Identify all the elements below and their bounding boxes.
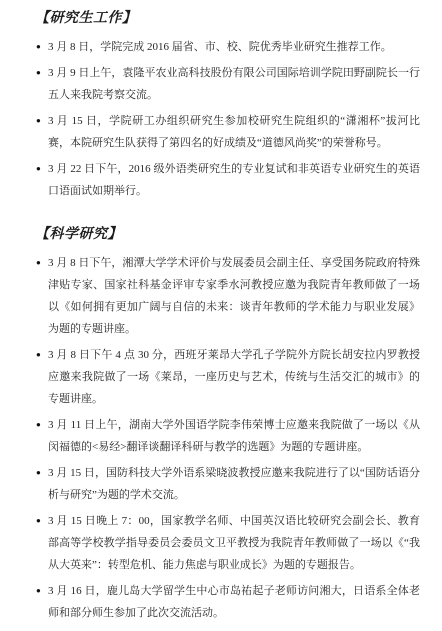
item-text: 3 月 8 日下午，湘潭大学学术评价与发展委员会副主任、享受国务院政府特殊津贴专… bbox=[48, 257, 420, 335]
bullet-icon: ● bbox=[36, 344, 48, 366]
list-item: ● 3 月 8 日下午 4 点 30 分，西班牙莱昂大学孔子学院外方院长胡安拉内… bbox=[0, 344, 442, 410]
bullet-icon: ● bbox=[36, 462, 48, 484]
scientific-research-list: ● 3 月 8 日下午，湘潭大学学术评价与发展委员会副主任、享受国务院政府特殊津… bbox=[0, 252, 442, 624]
item-text: 3 月 9 日上午，袁隆平农业高科技股份有限公司国际培训学院田野副院长一行五人来… bbox=[48, 67, 420, 101]
section-title-graduate-work: 【研究生工作】 bbox=[35, 10, 442, 28]
list-item: ● 3 月 15 日晚上 7：00，国家教学名师、中国英汉语比较研究会副会长、教… bbox=[0, 510, 442, 576]
item-text: 3 月 15 日，国防科技大学外语系梁晓波教授应邀来我院进行了以“国防话语分析与… bbox=[48, 467, 420, 501]
document-page: 【研究生工作】 ● 3 月 8 日，学院完成 2016 届省、市、校、院优秀毕业… bbox=[0, 0, 442, 631]
bullet-icon: ● bbox=[36, 36, 48, 58]
bullet-icon: ● bbox=[36, 62, 48, 84]
item-text: 3 月 15 日，学院研工办组织研究生参加校研究生院组织的“潇湘杯”拔河比赛，本… bbox=[48, 115, 420, 149]
item-text: 3 月 8 日下午 4 点 30 分，西班牙莱昂大学孔子学院外方院长胡安拉内罗教… bbox=[48, 349, 420, 405]
list-item: ● 3 月 8 日下午，湘潭大学学术评价与发展委员会副主任、享受国务院政府特殊津… bbox=[0, 252, 442, 340]
graduate-work-list: ● 3 月 8 日，学院完成 2016 届省、市、校、院优秀毕业研究生推荐工作。… bbox=[0, 36, 442, 202]
section-title-scientific-research: 【科学研究】 bbox=[35, 226, 442, 244]
item-text: 3 月 15 日晚上 7：00，国家教学名师、中国英汉语比较研究会副会长、教育部… bbox=[48, 515, 420, 571]
item-text: 3 月 8 日，学院完成 2016 届省、市、校、院优秀毕业研究生推荐工作。 bbox=[48, 41, 392, 53]
list-item: ● 3 月 8 日，学院完成 2016 届省、市、校、院优秀毕业研究生推荐工作。 bbox=[0, 36, 442, 58]
item-text: 3 月 11 日上午，湖南大学外国语学院李伟荣博士应邀来我院做了一场以《从闵福德… bbox=[48, 419, 420, 453]
bullet-icon: ● bbox=[36, 510, 48, 532]
bullet-icon: ● bbox=[36, 252, 48, 274]
list-item: ● 3 月 22 日下午，2016 级外语类研究生的专业复试和非英语专业研究生的… bbox=[0, 158, 442, 202]
list-item: ● 3 月 9 日上午，袁隆平农业高科技股份有限公司国际培训学院田野副院长一行五… bbox=[0, 62, 442, 106]
list-item: ● 3 月 15 日，学院研工办组织研究生参加校研究生院组织的“潇湘杯”拔河比赛… bbox=[0, 110, 442, 154]
bullet-icon: ● bbox=[36, 580, 48, 602]
item-text: 3 月 16 日，鹿儿岛大学留学生中心市岛祐起子老师访问湘大，日语系全体老师和部… bbox=[48, 585, 420, 619]
bullet-icon: ● bbox=[36, 414, 48, 436]
bullet-icon: ● bbox=[36, 110, 48, 132]
bullet-icon: ● bbox=[36, 158, 48, 180]
list-item: ● 3 月 15 日，国防科技大学外语系梁晓波教授应邀来我院进行了以“国防话语分… bbox=[0, 462, 442, 506]
section-scientific-research: 【科学研究】 ● 3 月 8 日下午，湘潭大学学术评价与发展委员会副主任、享受国… bbox=[0, 226, 442, 624]
list-item: ● 3 月 11 日上午，湖南大学外国语学院李伟荣博士应邀来我院做了一场以《从闵… bbox=[0, 414, 442, 458]
section-graduate-work: 【研究生工作】 ● 3 月 8 日，学院完成 2016 届省、市、校、院优秀毕业… bbox=[0, 10, 442, 202]
list-item: ● 3 月 16 日，鹿儿岛大学留学生中心市岛祐起子老师访问湘大，日语系全体老师… bbox=[0, 580, 442, 624]
item-text: 3 月 22 日下午，2016 级外语类研究生的专业复试和非英语专业研究生的英语… bbox=[48, 163, 420, 197]
